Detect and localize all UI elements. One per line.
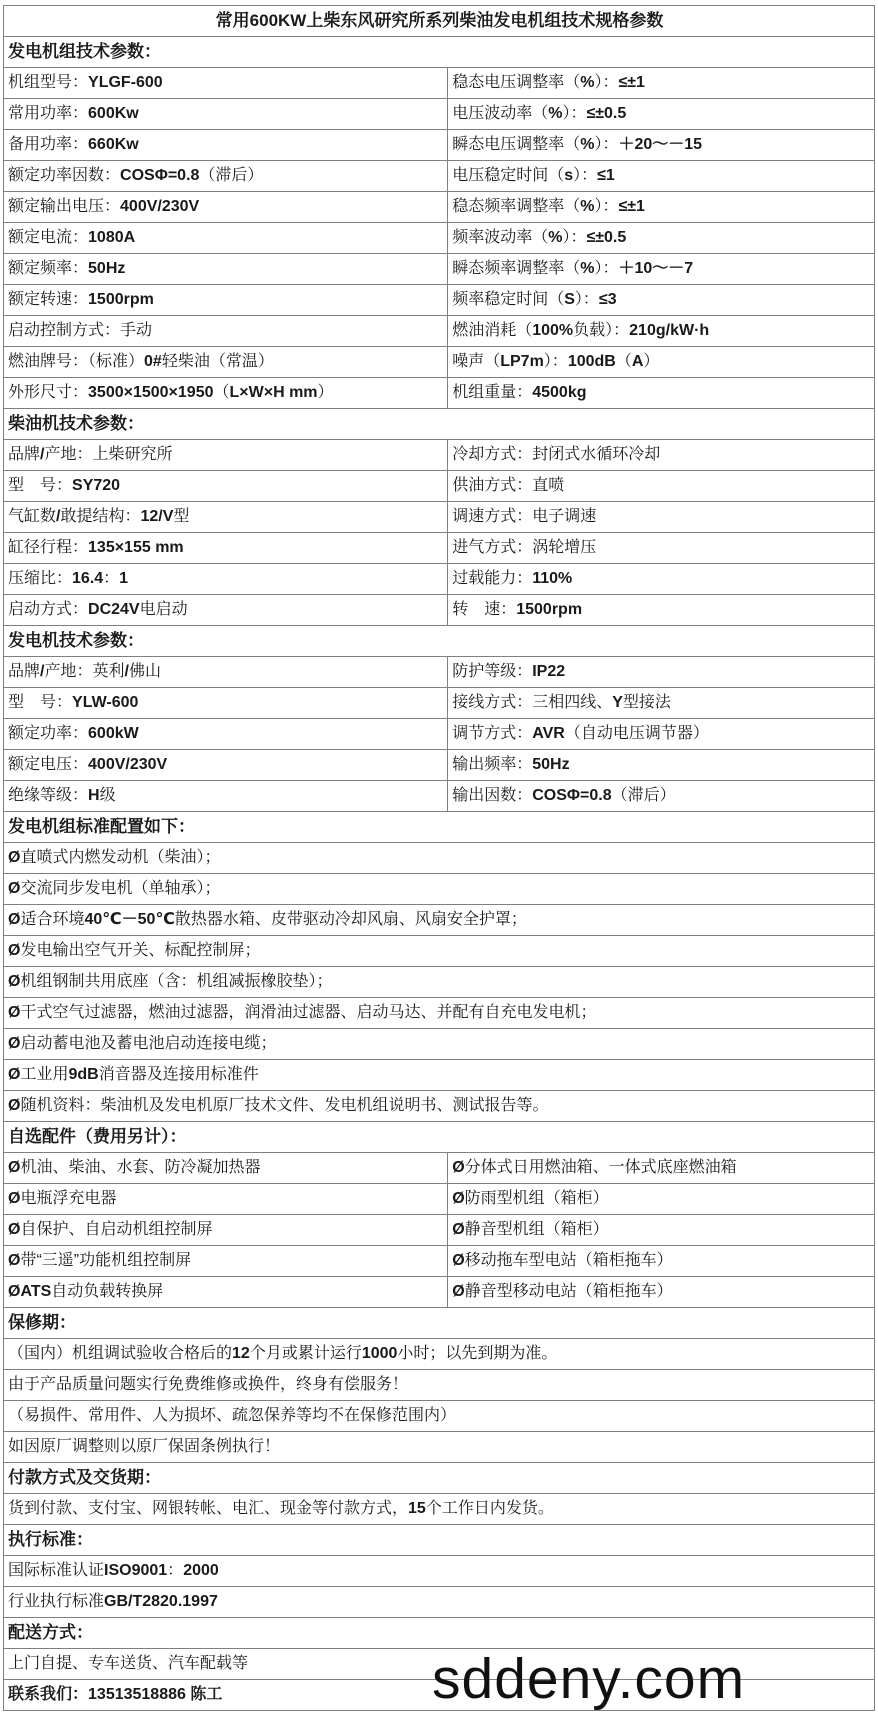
spec-cell-right: 电压稳定时间（s）：≤1	[448, 161, 875, 192]
spec-cell-right: 转 速：1500rpm	[448, 595, 875, 626]
spec-row: 上门自提、专车送货、汽车配载等	[4, 1649, 875, 1680]
spec-row: 额定电流：1080A频率波动率（%）：≤±0.5	[4, 223, 875, 254]
spec-row: 如因原厂调整则以原厂保固条例执行！	[4, 1432, 875, 1463]
spec-cell-right: 燃油消耗（100%负载）：210g/kW·h	[448, 316, 875, 347]
spec-cell-right: 防护等级：IP22	[448, 657, 875, 688]
spec-row: Ø适合环境40℃－50℃散热器水箱、皮带驱动冷却风扇、风扇安全护罩；	[4, 905, 875, 936]
spec-cell-left: 额定转速：1500rpm	[4, 285, 448, 316]
spec-row: 联系我们：13513518886 陈工	[4, 1680, 875, 1711]
spec-row: 国际标准认证ISO9001：2000	[4, 1556, 875, 1587]
spec-cell-right: 稳态电压调整率（%）：≤±1	[448, 68, 875, 99]
spec-cell-left: ØATS自动负载转换屏	[4, 1277, 448, 1308]
section-header: 自选配件（费用另计）：	[4, 1122, 875, 1153]
spec-sheet-page: 常用600KW上柴东风研究所系列柴油发电机组技术规格参数 发电机组技术参数：机组…	[0, 0, 878, 1736]
spec-cell-full: Ø适合环境40℃－50℃散热器水箱、皮带驱动冷却风扇、风扇安全护罩；	[4, 905, 875, 936]
spec-cell-right: Ø静音型移动电站（箱柜拖车）	[448, 1277, 875, 1308]
spec-cell-left: Ø自保护、自启动机组控制屏	[4, 1215, 448, 1246]
spec-row: 绝缘等级：H级输出因数：COSΦ=0.8（滞后）	[4, 781, 875, 812]
spec-cell-right: Ø分体式日用燃油箱、一体式底座燃油箱	[448, 1153, 875, 1184]
spec-row: 启动方式：DC24V电启动转 速：1500rpm	[4, 595, 875, 626]
spec-cell-full: 国际标准认证ISO9001：2000	[4, 1556, 875, 1587]
spec-cell-right: 电压波动率（%）：≤±0.5	[448, 99, 875, 130]
spec-row: Ø机油、柴油、水套、防冷凝加热器Ø分体式日用燃油箱、一体式底座燃油箱	[4, 1153, 875, 1184]
spec-cell-left: 品牌/产地：英利/佛山	[4, 657, 448, 688]
section-header: 柴油机技术参数：	[4, 409, 875, 440]
spec-row: Ø带“三遥”功能机组控制屏Ø移动拖车型电站（箱柜拖车）	[4, 1246, 875, 1277]
spec-cell-right: Ø防雨型机组（箱柜）	[448, 1184, 875, 1215]
spec-cell-left: Ø机油、柴油、水套、防冷凝加热器	[4, 1153, 448, 1184]
spec-cell-right: 进气方式：涡轮增压	[448, 533, 875, 564]
spec-cell-right: 输出因数：COSΦ=0.8（滞后）	[448, 781, 875, 812]
section-header-row: 执行标准：	[4, 1525, 875, 1556]
spec-cell-full: Ø直喷式内燃发动机（柴油）；	[4, 843, 875, 874]
spec-row: 机组型号：YLGF-600稳态电压调整率（%）：≤±1	[4, 68, 875, 99]
spec-row: 额定频率：50Hz瞬态频率调整率（%）：＋10～－7	[4, 254, 875, 285]
spec-cell-right: 机组重量：4500kg	[448, 378, 875, 409]
spec-row: 额定输出电压：400V/230V稳态频率调整率（%）：≤±1	[4, 192, 875, 223]
section-header-row: 发电机组技术参数：	[4, 37, 875, 68]
spec-row: Ø随机资料：柴油机及发电机原厂技术文件、发电机组说明书、测试报告等。	[4, 1091, 875, 1122]
spec-cell-right: 瞬态电压调整率（%）：＋20～－15	[448, 130, 875, 161]
spec-row: 燃油牌号：（标准）0#轻柴油（常温）噪声（LP7m）：100dB（A）	[4, 347, 875, 378]
spec-cell-right: 冷却方式：封闭式水循环冷却	[448, 440, 875, 471]
spec-cell-left: 缸径行程：135×155 mm	[4, 533, 448, 564]
spec-cell-full: 如因原厂调整则以原厂保固条例执行！	[4, 1432, 875, 1463]
spec-cell-left: 启动方式：DC24V电启动	[4, 595, 448, 626]
spec-row: 行业执行标准GB/T2820.1997	[4, 1587, 875, 1618]
spec-cell-right: 接线方式：三相四线、Y型接法	[448, 688, 875, 719]
section-header: 付款方式及交货期：	[4, 1463, 875, 1494]
spec-cell-left: 绝缘等级：H级	[4, 781, 448, 812]
title-row: 常用600KW上柴东风研究所系列柴油发电机组技术规格参数	[4, 6, 875, 37]
section-header-row: 付款方式及交货期：	[4, 1463, 875, 1494]
spec-cell-full: 联系我们：13513518886 陈工	[4, 1680, 875, 1711]
section-header-row: 柴油机技术参数：	[4, 409, 875, 440]
spec-row: 备用功率：660Kw瞬态电压调整率（%）：＋20～－15	[4, 130, 875, 161]
spec-cell-left: 额定电流：1080A	[4, 223, 448, 254]
spec-cell-full: （易损件、常用件、人为损坏、疏忽保养等均不在保修范围内）	[4, 1401, 875, 1432]
spec-cell-left: 额定功率：600kW	[4, 719, 448, 750]
spec-row: 由于产品质量问题实行免费维修或换件，终身有偿服务！	[4, 1370, 875, 1401]
spec-row: Ø启动蓄电池及蓄电池启动连接电缆；	[4, 1029, 875, 1060]
spec-cell-left: Ø电瓶浮充电器	[4, 1184, 448, 1215]
spec-cell-right: 输出频率：50Hz	[448, 750, 875, 781]
spec-cell-right: 频率波动率（%）：≤±0.5	[448, 223, 875, 254]
spec-cell-right: 供油方式：直喷	[448, 471, 875, 502]
spec-row: 气缸数/敢提结构：12/V型调速方式：电子调速	[4, 502, 875, 533]
spec-row: 启动控制方式：手动燃油消耗（100%负载）：210g/kW·h	[4, 316, 875, 347]
spec-cell-right: 稳态频率调整率（%）：≤±1	[448, 192, 875, 223]
section-header-row: 保修期：	[4, 1308, 875, 1339]
spec-cell-left: 常用功率：600Kw	[4, 99, 448, 130]
spec-cell-full: 行业执行标准GB/T2820.1997	[4, 1587, 875, 1618]
spec-cell-right: 调速方式：电子调速	[448, 502, 875, 533]
section-header-row: 发电机技术参数：	[4, 626, 875, 657]
spec-cell-left: 型 号：SY720	[4, 471, 448, 502]
spec-row: 压缩比：16.4：1过载能力：110%	[4, 564, 875, 595]
spec-row: 品牌/产地：英利/佛山防护等级：IP22	[4, 657, 875, 688]
spec-table: 常用600KW上柴东风研究所系列柴油发电机组技术规格参数 发电机组技术参数：机组…	[3, 5, 875, 1711]
spec-row: 货到付款、支付宝、网银转帐、电汇、现金等付款方式，15个工作日内发货。	[4, 1494, 875, 1525]
spec-cell-full: 由于产品质量问题实行免费维修或换件，终身有偿服务！	[4, 1370, 875, 1401]
spec-row: 额定电压：400V/230V输出频率：50Hz	[4, 750, 875, 781]
spec-row: 额定转速：1500rpm频率稳定时间（S）：≤3	[4, 285, 875, 316]
spec-cell-right: 过载能力：110%	[448, 564, 875, 595]
section-header: 配送方式：	[4, 1618, 875, 1649]
spec-cell-left: 额定电压：400V/230V	[4, 750, 448, 781]
spec-cell-right: Ø静音型机组（箱柜）	[448, 1215, 875, 1246]
spec-cell-full: Ø干式空气过滤器，燃油过滤器，润滑油过滤器、启动马达、并配有自充电发电机；	[4, 998, 875, 1029]
spec-row: Ø发电输出空气开关、标配控制屏；	[4, 936, 875, 967]
spec-cell-right: 噪声（LP7m）：100dB（A）	[448, 347, 875, 378]
spec-row: 品牌/产地：上柴研究所冷却方式：封闭式水循环冷却	[4, 440, 875, 471]
spec-cell-full: 货到付款、支付宝、网银转帐、电汇、现金等付款方式，15个工作日内发货。	[4, 1494, 875, 1525]
spec-row: 型 号：SY720供油方式：直喷	[4, 471, 875, 502]
section-header: 执行标准：	[4, 1525, 875, 1556]
spec-row: 常用功率：600Kw电压波动率（%）：≤±0.5	[4, 99, 875, 130]
spec-row: 外形尺寸：3500×1500×1950（L×W×H mm）机组重量：4500kg	[4, 378, 875, 409]
spec-row: Ø干式空气过滤器，燃油过滤器，润滑油过滤器、启动马达、并配有自充电发电机；	[4, 998, 875, 1029]
spec-row: 型 号：YLW-600接线方式：三相四线、Y型接法	[4, 688, 875, 719]
spec-row: ØATS自动负载转换屏Ø静音型移动电站（箱柜拖车）	[4, 1277, 875, 1308]
spec-cell-full: Ø机组钢制共用底座（含：机组减振橡胶垫）；	[4, 967, 875, 998]
spec-cell-right: Ø移动拖车型电站（箱柜拖车）	[448, 1246, 875, 1277]
spec-cell-left: 气缸数/敢提结构：12/V型	[4, 502, 448, 533]
spec-cell-left: 机组型号：YLGF-600	[4, 68, 448, 99]
spec-cell-full: Ø启动蓄电池及蓄电池启动连接电缆；	[4, 1029, 875, 1060]
section-header: 保修期：	[4, 1308, 875, 1339]
spec-cell-full: 上门自提、专车送货、汽车配载等	[4, 1649, 875, 1680]
spec-cell-left: 燃油牌号：（标准）0#轻柴油（常温）	[4, 347, 448, 378]
spec-cell-left: 品牌/产地：上柴研究所	[4, 440, 448, 471]
spec-cell-left: 额定频率：50Hz	[4, 254, 448, 285]
table-title: 常用600KW上柴东风研究所系列柴油发电机组技术规格参数	[4, 6, 875, 37]
section-header: 发电机组技术参数：	[4, 37, 875, 68]
spec-row: （国内）机组调试验收合格后的12个月或累计运行1000小时；以先到期为准。	[4, 1339, 875, 1370]
spec-row: Ø工业用9dB消音器及连接用标准件	[4, 1060, 875, 1091]
spec-cell-full: Ø工业用9dB消音器及连接用标准件	[4, 1060, 875, 1091]
spec-row: 缸径行程：135×155 mm进气方式：涡轮增压	[4, 533, 875, 564]
spec-cell-full: （国内）机组调试验收合格后的12个月或累计运行1000小时；以先到期为准。	[4, 1339, 875, 1370]
spec-cell-left: 额定功率因数：COSΦ=0.8（滞后）	[4, 161, 448, 192]
spec-table-body: 常用600KW上柴东风研究所系列柴油发电机组技术规格参数 发电机组技术参数：机组…	[4, 6, 875, 1711]
spec-cell-left: Ø带“三遥”功能机组控制屏	[4, 1246, 448, 1277]
spec-row: 额定功率：600kW调节方式：AVR（自动电压调节器）	[4, 719, 875, 750]
section-header-row: 自选配件（费用另计）：	[4, 1122, 875, 1153]
spec-row: Ø交流同步发电机（单轴承）；	[4, 874, 875, 905]
spec-cell-right: 瞬态频率调整率（%）：＋10～－7	[448, 254, 875, 285]
spec-cell-left: 压缩比：16.4：1	[4, 564, 448, 595]
spec-cell-full: Ø交流同步发电机（单轴承）；	[4, 874, 875, 905]
spec-cell-right: 频率稳定时间（S）：≤3	[448, 285, 875, 316]
spec-row: Ø机组钢制共用底座（含：机组减振橡胶垫）；	[4, 967, 875, 998]
spec-cell-full: Ø随机资料：柴油机及发电机原厂技术文件、发电机组说明书、测试报告等。	[4, 1091, 875, 1122]
spec-cell-left: 型 号：YLW-600	[4, 688, 448, 719]
section-header-row: 发电机组标准配置如下：	[4, 812, 875, 843]
spec-cell-left: 额定输出电压：400V/230V	[4, 192, 448, 223]
section-header: 发电机组标准配置如下：	[4, 812, 875, 843]
spec-cell-left: 启动控制方式：手动	[4, 316, 448, 347]
section-header: 发电机技术参数：	[4, 626, 875, 657]
spec-row: 额定功率因数：COSΦ=0.8（滞后）电压稳定时间（s）：≤1	[4, 161, 875, 192]
spec-row: Ø直喷式内燃发动机（柴油）；	[4, 843, 875, 874]
spec-cell-left: 备用功率：660Kw	[4, 130, 448, 161]
spec-row: Ø电瓶浮充电器Ø防雨型机组（箱柜）	[4, 1184, 875, 1215]
spec-row: （易损件、常用件、人为损坏、疏忽保养等均不在保修范围内）	[4, 1401, 875, 1432]
spec-row: Ø自保护、自启动机组控制屏Ø静音型机组（箱柜）	[4, 1215, 875, 1246]
spec-cell-full: Ø发电输出空气开关、标配控制屏；	[4, 936, 875, 967]
spec-cell-right: 调节方式：AVR（自动电压调节器）	[448, 719, 875, 750]
spec-cell-left: 外形尺寸：3500×1500×1950（L×W×H mm）	[4, 378, 448, 409]
section-header-row: 配送方式：	[4, 1618, 875, 1649]
